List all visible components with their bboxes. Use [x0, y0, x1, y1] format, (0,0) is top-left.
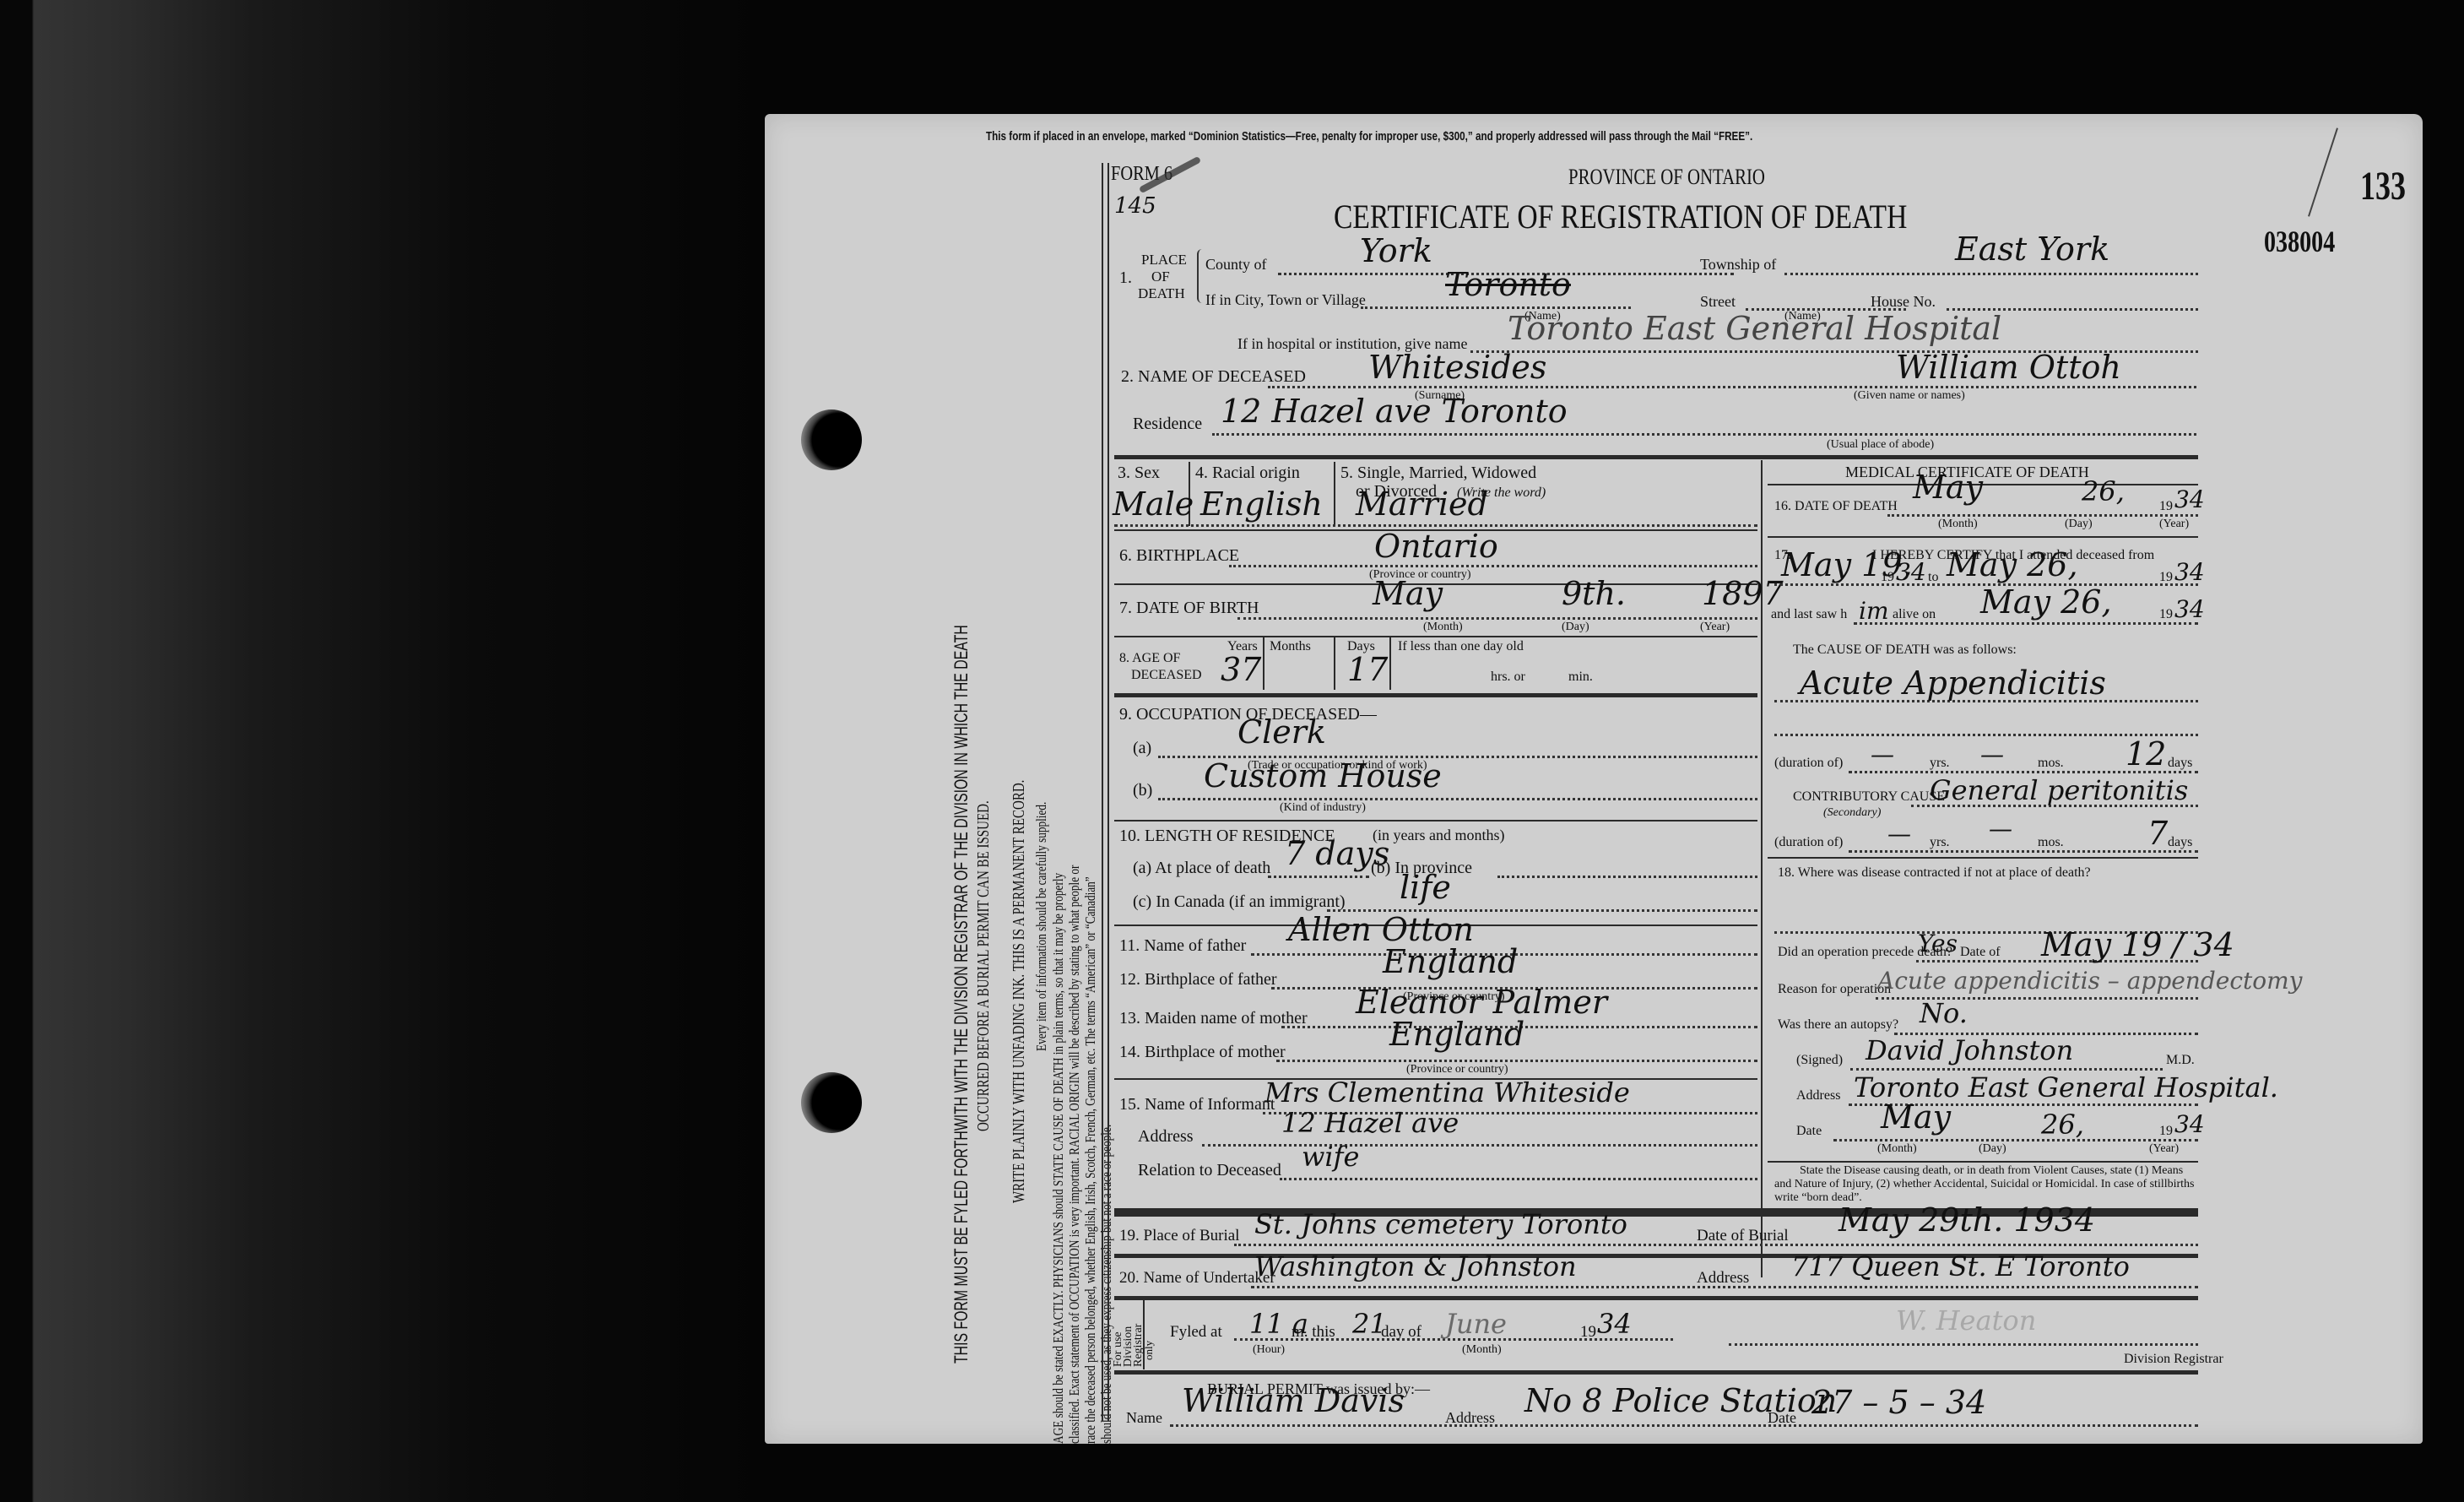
- contributory-cause-hint: (Secondary): [1823, 806, 1881, 820]
- medical-footnote-1: State the Disease causing death, or in d…: [1800, 1164, 2183, 1178]
- cause-duration-label: (duration of): [1774, 756, 1843, 771]
- fyled-hour-hint: (Hour): [1253, 1343, 1285, 1357]
- informant-address-value[interactable]: 12 Hazel ave: [1281, 1107, 1459, 1139]
- dod-year-value[interactable]: 34: [2174, 485, 2205, 513]
- age-label: 8. AGE OF: [1119, 651, 1180, 666]
- page-number: 133: [2360, 163, 2406, 209]
- cell-divider: [1263, 637, 1264, 690]
- cell-divider: [1334, 637, 1335, 690]
- fyled-year-value[interactable]: 34: [1597, 1308, 1632, 1340]
- permit-date-value[interactable]: 27 – 5 – 34: [1811, 1384, 1986, 1421]
- dod-year-hint: (Year): [2159, 518, 2189, 531]
- occupation-b-label: (b): [1133, 781, 1152, 800]
- medical-divider: [1768, 857, 2198, 859]
- dob-field-line: [1237, 617, 1757, 620]
- permit-address-label: Address: [1445, 1409, 1495, 1427]
- age-hrs-label: hrs. or: [1491, 670, 1525, 685]
- medical-divider: [1768, 536, 2198, 538]
- age-label-2: DECEASED: [1131, 668, 1202, 683]
- scanner-edge-strip: [0, 0, 32, 1502]
- pen-stroke: [2308, 127, 2338, 216]
- cause-duration-yrs[interactable]: —: [1871, 740, 1894, 768]
- attended-from-year-prefix: 19: [1881, 570, 1894, 585]
- given-names-hint: (Given name or names): [1854, 389, 1965, 403]
- row-divider: [1114, 693, 1757, 697]
- informant-address-label: Address: [1138, 1127, 1194, 1147]
- age-months-label: Months: [1270, 639, 1311, 654]
- permit-name-label: Name: [1126, 1409, 1162, 1427]
- margin-instruction-1: THIS FORM MUST BE FYLED FORTHWITH WITH T…: [950, 625, 972, 1364]
- father-birthplace-label: 12. Birthplace of father: [1119, 970, 1277, 990]
- mother-name-label: 13. Maiden name of mother: [1119, 1009, 1308, 1028]
- contrib-duration-yrs[interactable]: —: [1887, 820, 1911, 848]
- burial-date-label: Date of Burial: [1697, 1227, 1789, 1245]
- residence-length-hint: (in years and months): [1373, 827, 1504, 844]
- city-value[interactable]: Toronto: [1445, 266, 1571, 303]
- birthplace-value[interactable]: Ontario: [1374, 528, 1498, 565]
- age-days-value[interactable]: 17: [1347, 651, 1388, 688]
- contrib-duration-line: [1849, 850, 2198, 853]
- last-saw-pronoun[interactable]: im: [1859, 597, 1889, 625]
- operation-reason-value[interactable]: Acute appendicitis – appendectomy: [1877, 967, 2303, 995]
- margin-instruction-5: AGE should be stated EXACTLY. PHYSICIANS…: [1050, 873, 1067, 1444]
- section-divider: [1114, 455, 2198, 459]
- informant-address-line: [1202, 1144, 1757, 1147]
- surname-value[interactable]: Whitesides: [1368, 349, 1546, 386]
- physician-signature[interactable]: David Johnston: [1866, 1034, 2073, 1066]
- cause-duration-mos[interactable]: —: [1980, 740, 2004, 768]
- street-label: Street: [1700, 293, 1736, 311]
- cert-month-hint: (Month): [1877, 1142, 1917, 1156]
- age-min-label: min.: [1568, 670, 1593, 685]
- industry-hint: (Kind of industry): [1280, 801, 1366, 815]
- permit-name-value[interactable]: William Davis: [1182, 1382, 1405, 1419]
- date-of-death-line: [1887, 514, 2198, 517]
- day-of-label: day of: [1381, 1323, 1422, 1342]
- fyled-at-label: Fyled at: [1170, 1323, 1222, 1342]
- occupation-a-label: (a): [1133, 739, 1151, 758]
- alive-on-year[interactable]: 34: [2174, 595, 2205, 623]
- dob-month-hint: (Month): [1423, 621, 1463, 634]
- certificate-date-day[interactable]: 26,: [2041, 1109, 2084, 1141]
- m-this-label: m. this: [1292, 1323, 1335, 1342]
- informant-relation-line: [1280, 1178, 1757, 1180]
- residence-label: Residence: [1133, 415, 1202, 434]
- cert-year-hint: (Year): [2149, 1142, 2179, 1156]
- residence-canada-label: (c) In Canada (if an immigrant): [1133, 892, 1346, 912]
- attended-to-value[interactable]: May 26,: [1947, 546, 2078, 583]
- age-years-value[interactable]: 37: [1221, 651, 1261, 688]
- undertaker-label: 20. Name of Undertaker: [1119, 1269, 1275, 1288]
- of-label: OF: [1151, 268, 1170, 285]
- medical-footnote-2: and Nature of Injury, (2) whether Accide…: [1774, 1178, 2195, 1191]
- house-no-label: House No.: [1871, 293, 1936, 311]
- residence-hint: (Usual place of abode): [1827, 438, 1934, 452]
- permit-line: [1170, 1424, 2198, 1427]
- attended-from-year[interactable]: 34: [1896, 558, 1926, 586]
- margin-rule-1: [1102, 163, 1103, 1421]
- contrib-duration-yrs-label: yrs.: [1930, 835, 1950, 850]
- contrib-duration-mos-label: mos.: [2038, 835, 2064, 850]
- contributory-cause-label: CONTRIBUTORY CAUSE: [1793, 789, 1945, 805]
- fyled-month-value[interactable]: June: [1445, 1308, 1507, 1340]
- occupation-value[interactable]: Clerk: [1237, 713, 1326, 751]
- registrar-side-label-4: only: [1143, 1341, 1154, 1360]
- cause-of-death-value[interactable]: Acute Appendicitis: [1800, 664, 2106, 702]
- certificate-date-month[interactable]: May: [1881, 1098, 1951, 1136]
- certificate-date-label: Date: [1796, 1124, 1822, 1139]
- dod-day-hint: (Day): [2065, 518, 2093, 531]
- certificate-date-year-prefix: 19: [2159, 1124, 2173, 1139]
- dod-day-value[interactable]: 26,: [2082, 475, 2125, 507]
- residence-place-line: [1268, 876, 1369, 878]
- cause-duration-days-label: days: [2168, 756, 2192, 771]
- industry-value[interactable]: Custom House: [1204, 757, 1442, 794]
- operation-reason-label: Reason for operation: [1778, 982, 1891, 997]
- registrar-signature-line: [1729, 1343, 2198, 1346]
- birthplace-label: 6. BIRTHPLACE: [1119, 546, 1239, 566]
- operation-value[interactable]: Yes: [1918, 930, 1958, 957]
- sex-label: 3. Sex: [1118, 464, 1160, 483]
- cell-divider: [1389, 637, 1391, 690]
- division-registrar-label: Division Registrar: [2124, 1352, 2223, 1367]
- dod-year-prefix: 19: [2159, 499, 2173, 514]
- cell-divider: [1334, 462, 1335, 526]
- alive-on-label: alive on: [1893, 607, 1936, 622]
- burial-place-value[interactable]: St. Johns cemetery Toronto: [1254, 1208, 1627, 1240]
- fyled-month-hint: (Month): [1462, 1343, 1502, 1357]
- age-less-than-day-label: If less than one day old: [1398, 639, 1524, 654]
- registrar-signature[interactable]: W. Heaton: [1896, 1304, 2036, 1337]
- contributory-cause-value[interactable]: General peritonitis: [1930, 774, 2188, 806]
- margin-instruction-4: Every item of information should be care…: [1033, 802, 1050, 1051]
- last-saw-line: [1854, 622, 2198, 625]
- racial-origin-value[interactable]: English: [1200, 485, 1323, 523]
- disease-contracted-label: 18. Where was disease contracted if not …: [1778, 865, 2091, 881]
- name-field-line: [1268, 386, 2196, 388]
- certificate-date-line: [1833, 1139, 2198, 1141]
- marital-status-value[interactable]: Married: [1356, 485, 1488, 523]
- contrib-duration-mos[interactable]: —: [1989, 815, 2012, 843]
- city-label: If in City, Town or Village: [1205, 291, 1366, 309]
- operation-date-value[interactable]: May 19 / 34: [2041, 926, 2234, 963]
- dob-month-value[interactable]: May: [1373, 575, 1443, 612]
- permit-date-label: Date: [1768, 1409, 1796, 1427]
- mother-birthplace-line: [1276, 1060, 1757, 1062]
- informant-relation-value[interactable]: wife: [1302, 1141, 1359, 1173]
- margin-instruction-2: OCCURRED BEFORE A BURIAL PERMIT CAN BE I…: [974, 800, 994, 1131]
- autopsy-label: Was there an autopsy?: [1778, 1017, 1898, 1033]
- row-3-5-line: [1114, 524, 1757, 527]
- informant-name-value[interactable]: Mrs Clementina Whiteside: [1264, 1076, 1630, 1109]
- death-certificate-page: This form if placed in an envelope, mark…: [765, 114, 2423, 1444]
- marital-status-label: 5. Single, Married, Widowed: [1340, 464, 1536, 483]
- attended-to-label: to: [1928, 570, 1938, 585]
- cause-duration-days[interactable]: 12: [2126, 735, 2166, 773]
- cause-duration-yrs-label: yrs.: [1930, 756, 1950, 771]
- md-label: M.D.: [2166, 1053, 2195, 1068]
- hospital-value[interactable]: Toronto East General Hospital: [1508, 310, 2001, 347]
- dob-day-hint: (Day): [1562, 621, 1589, 634]
- fyled-year-prefix: 19: [1580, 1323, 1596, 1342]
- undertaker-value[interactable]: Washington & Johnston: [1254, 1250, 1577, 1282]
- margin-instruction-3: WRITE PLAINLY WITH UNFADING INK. THIS IS…: [1010, 780, 1029, 1203]
- cause-duration-mos-label: mos.: [2038, 756, 2064, 771]
- signed-line: [1850, 1068, 2163, 1071]
- burial-date-value[interactable]: May 29th. 1934: [1839, 1201, 2095, 1239]
- date-of-death-label: 16. DATE OF DEATH: [1774, 499, 1898, 514]
- mother-birthplace-label: 14. Birthplace of mother: [1119, 1043, 1286, 1062]
- occupation-b-line: [1158, 798, 1757, 800]
- mother-birthplace-hint: (Province or country): [1406, 1063, 1508, 1076]
- contrib-duration-days-label: days: [2168, 835, 2192, 850]
- certificate-title: CERTIFICATE OF REGISTRATION OF DEATH: [1334, 197, 1907, 236]
- contrib-duration-days[interactable]: 7: [2147, 815, 2168, 852]
- place-label: PLACE: [1141, 252, 1187, 268]
- margin-rule-2: [1107, 163, 1109, 1421]
- cause-of-death-label: The CAUSE OF DEATH was as follows:: [1793, 643, 2017, 658]
- margin-instruction-8: should not be used, as they express citi…: [1098, 1125, 1115, 1444]
- township-value[interactable]: East York: [1955, 230, 2109, 268]
- postal-notice: This form if placed in an envelope, mark…: [986, 129, 1752, 144]
- item-1-number: 1.: [1119, 268, 1132, 288]
- medical-divider: [1768, 1161, 2198, 1163]
- cert-day-hint: (Day): [1979, 1142, 2006, 1156]
- residence-canada-value[interactable]: life: [1400, 869, 1451, 906]
- informant-relation-label: Relation to Deceased: [1138, 1161, 1281, 1180]
- alive-on-value[interactable]: May 26,: [1980, 583, 2112, 621]
- township-field-line: [1784, 273, 2198, 275]
- county-value[interactable]: York: [1360, 232, 1432, 269]
- last-saw-label: and last saw h: [1771, 607, 1847, 622]
- margin-instruction-7: race the deceased person belonged, wheth…: [1082, 876, 1099, 1444]
- physician-address-label: Address: [1796, 1088, 1840, 1103]
- township-label: Township of: [1700, 256, 1776, 274]
- residence-field-line: [1212, 433, 2196, 436]
- mother-birthplace-value[interactable]: England: [1389, 1016, 1524, 1053]
- row-divider: [1114, 820, 1757, 821]
- province-heading: PROVINCE OF ONTARIO: [1568, 165, 1765, 190]
- date-of-birth-label: 7. DATE OF BIRTH: [1119, 599, 1259, 618]
- name-of-deceased-label: 2. NAME OF DECEASED: [1121, 367, 1306, 387]
- residence-place-label: (a) At place of death: [1133, 859, 1270, 878]
- informant-name-label: 15. Name of Informant: [1119, 1095, 1275, 1114]
- undertaker-address-value[interactable]: 717 Queen St. E Toronto: [1791, 1250, 2130, 1282]
- binder-hole-bottom: [801, 1072, 862, 1133]
- birthplace-field-line: [1229, 565, 1757, 567]
- given-names-value[interactable]: William Ottoh: [1896, 349, 2121, 386]
- racial-origin-label: 4. Racial origin: [1195, 464, 1300, 483]
- residence-value[interactable]: 12 Hazel ave Toronto: [1221, 393, 1568, 430]
- autopsy-value[interactable]: No.: [1920, 997, 1968, 1029]
- form-handwritten-number: 145: [1114, 193, 1156, 219]
- row-divider: [1114, 1370, 2198, 1375]
- dob-day-value[interactable]: 9th.: [1562, 575, 1626, 612]
- attended-to-year[interactable]: 34: [2174, 558, 2205, 586]
- dob-year-hint: (Year): [1700, 621, 1730, 634]
- residence-province-line: [1497, 876, 1757, 878]
- operation-date-label: Date of: [1960, 945, 2001, 960]
- sex-value[interactable]: Male: [1113, 485, 1194, 523]
- father-birthplace-value[interactable]: England: [1383, 943, 1518, 980]
- margin-instruction-6: classified. Exact statement of OCCUPATIO…: [1066, 865, 1083, 1444]
- row-divider: [1114, 636, 1757, 637]
- alive-on-year-prefix: 19: [2159, 607, 2173, 622]
- burial-place-label: 19. Place of Burial: [1119, 1227, 1239, 1245]
- county-label: County of: [1205, 256, 1267, 274]
- undertaker-address-label: Address: [1697, 1269, 1749, 1288]
- certificate-date-year[interactable]: 34: [2174, 1110, 2205, 1138]
- city-field-line: [1361, 306, 1631, 309]
- signed-label: (Signed): [1796, 1053, 1843, 1068]
- attended-to-year-prefix: 19: [2159, 570, 2173, 585]
- row-divider: [1114, 1296, 2198, 1300]
- registration-number: 038004: [2264, 224, 2335, 259]
- dod-month-value[interactable]: May: [1913, 469, 1983, 506]
- dod-month-hint: (Month): [1938, 518, 1978, 531]
- father-name-label: 11. Name of father: [1119, 936, 1246, 956]
- contrib-duration-label: (duration of): [1774, 835, 1843, 850]
- death-label: DEATH: [1138, 285, 1185, 302]
- binder-hole-top: [801, 409, 862, 470]
- brace: [1197, 249, 1204, 303]
